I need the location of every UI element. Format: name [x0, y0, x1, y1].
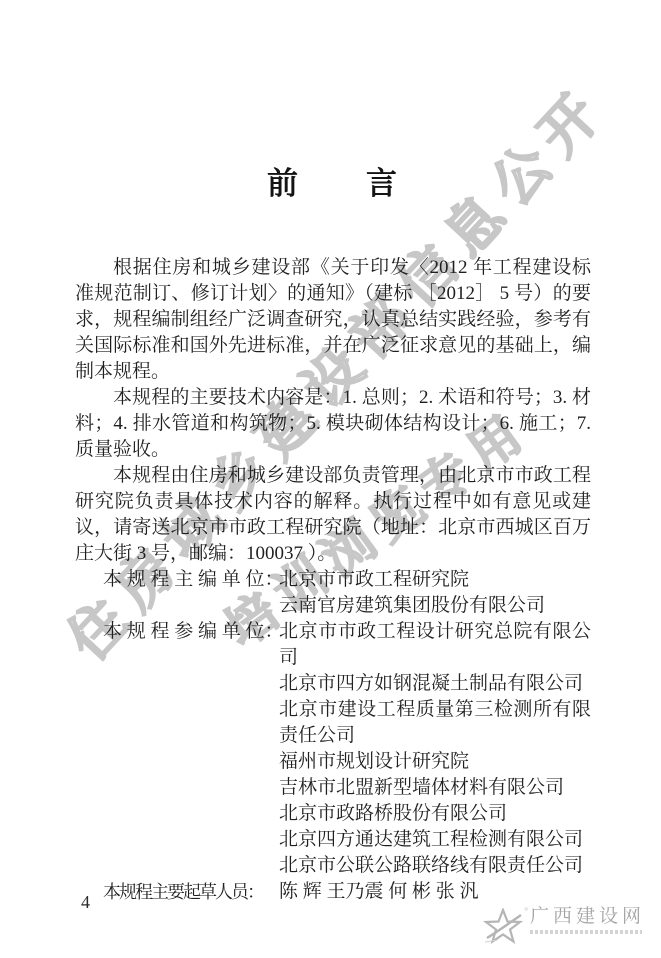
drafters-label: 本规程主要起草人员：: [75, 879, 279, 905]
page-title: 前 言: [75, 158, 591, 203]
chief-editing-unit-orgs: 北京市市政工程研究院 云南官房建筑集团股份有限公司: [279, 567, 591, 619]
organization: 北京市建设工程质量第三检测所有限责任公司: [279, 697, 591, 749]
star-logo-icon: [483, 908, 523, 946]
organization: 云南官房建筑集团股份有限公司: [279, 593, 591, 619]
chief-editing-unit-label: 本 规 程 主 编 单 位：: [75, 567, 279, 593]
organization: 北京市政路桥股份有限公司: [279, 801, 591, 827]
credits-section: 本 规 程 主 编 单 位： 北京市市政工程研究院 云南官房建筑集团股份有限公司…: [75, 567, 591, 905]
paragraph-administration: 本规程由住房和城乡建设部负责管理，由北京市市政工程研究院负责具体技术内容的解释。…: [75, 463, 591, 567]
paragraph-basis: 根据住房和城乡建设部《关于印发〈2012 年工程建设标准规范制订、修订计划〉的通…: [75, 255, 591, 385]
organization: 吉林市北盟新型墙体材料有限公司: [279, 775, 591, 801]
chief-editing-unit-row: 本 规 程 主 编 单 位： 北京市市政工程研究院 云南官房建筑集团股份有限公司: [75, 567, 591, 619]
paragraph-contents: 本规程的主要技术内容是：1. 总则；2. 术语和符号；3. 材料；4. 排水管道…: [75, 385, 591, 463]
site-logo: ° 广西建设网: [483, 906, 645, 946]
drafters-row: 本规程主要起草人员： 陈 辉 王乃震 何 彬 张 汎: [75, 879, 591, 905]
participating-units-row: 本 规 程 参 编 单 位： 北京市市政工程设计研究总院有限公司 北京市四方如钢…: [75, 619, 591, 879]
organization: 北京市公联公路联络线有限责任公司: [279, 853, 591, 879]
page-number: 4: [81, 892, 90, 913]
logo-tagline-bar: [530, 930, 642, 934]
participating-units-orgs: 北京市市政工程设计研究总院有限公司 北京市四方如钢混凝土制品有限公司 北京市建设…: [279, 619, 591, 879]
organization: 北京市四方如钢混凝土制品有限公司: [279, 671, 591, 697]
drafter-name-list: 陈 辉 王乃震 何 彬 张 汎: [279, 879, 591, 905]
organization: 福州市规划设计研究院: [279, 749, 591, 775]
participating-units-label: 本 规 程 参 编 单 位：: [75, 619, 279, 645]
organization: 北京四方通达建筑工程检测有限公司: [279, 827, 591, 853]
organization: 北京市市政工程研究院: [279, 567, 591, 593]
document-page: 住房城乡建设部信息公开 培训浏览专用 前 言 根据住房和城乡建设部《关于印发〈2…: [0, 0, 661, 958]
drafters-names: 陈 辉 王乃震 何 彬 张 汎: [279, 879, 591, 905]
logo-text-block: 广西建设网: [530, 906, 645, 934]
organization: 北京市市政工程设计研究总院有限公司: [279, 619, 591, 671]
page-content: 前 言 根据住房和城乡建设部《关于印发〈2012 年工程建设标准规范制订、修订计…: [75, 158, 591, 905]
registered-mark-icon: °: [524, 906, 528, 916]
logo-site-name: 广西建设网: [530, 906, 645, 928]
